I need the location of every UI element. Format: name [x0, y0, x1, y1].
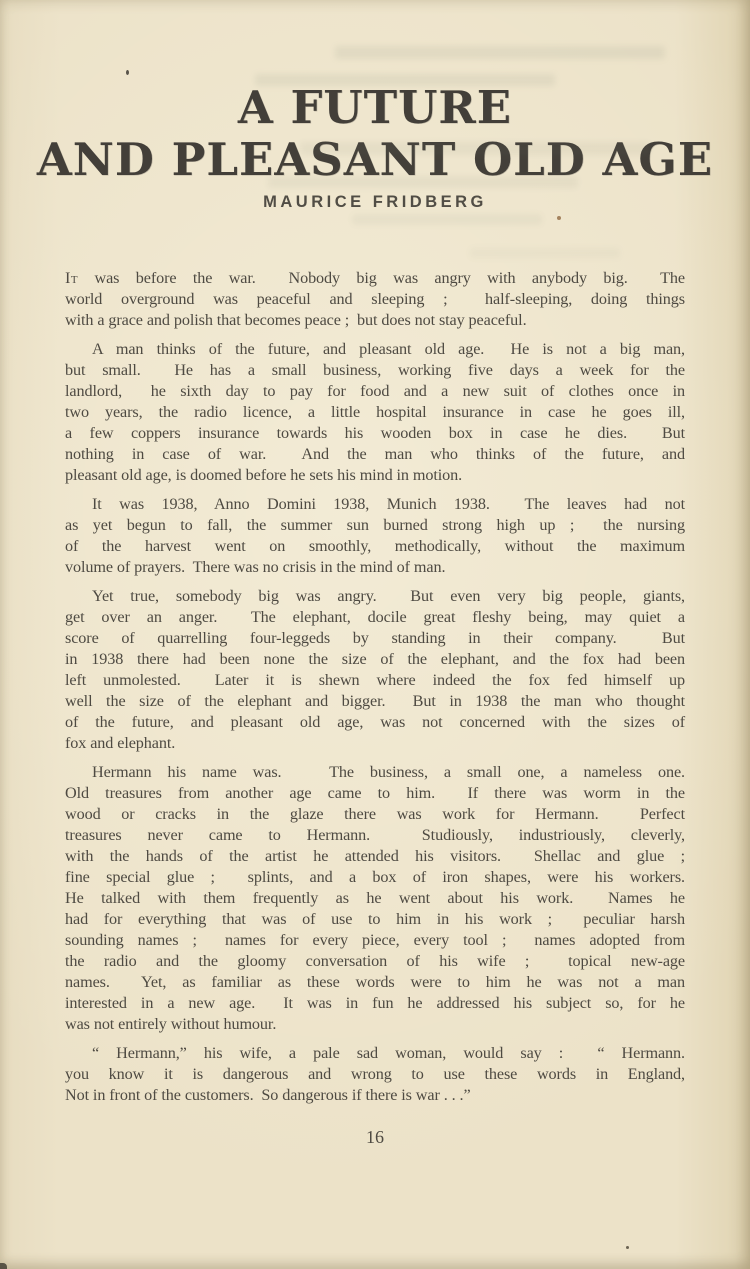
show-through-mark — [470, 248, 620, 258]
text-line: world overground was peaceful and sleepi… — [65, 289, 685, 310]
text-line: volume of prayers. There was no crisis i… — [65, 557, 685, 578]
page-title-line-1: A FUTURE — [0, 82, 750, 134]
text-line: It was before the war. Nobody big was an… — [65, 268, 685, 289]
text-line: as yet begun to fall, the summer sun bur… — [65, 515, 685, 536]
text-line: get over an anger. The elephant, docile … — [65, 607, 685, 628]
text-line: had for everything that was of use to hi… — [65, 909, 685, 930]
text-line: Not in front of the customers. So danger… — [65, 1085, 685, 1106]
book-page: A FUTURE AND PLEASANT OLD AGE MAURICE FR… — [0, 0, 750, 1269]
text-line: Old treasures from another age came to h… — [65, 783, 685, 804]
text-line: landlord, he sixth day to pay for food a… — [65, 381, 685, 402]
paragraph: It was 1938, Anno Domini 1938, Munich 19… — [65, 494, 685, 578]
text-line: Hermann his name was. The business, a sm… — [65, 762, 685, 783]
text-line: score of quarrelling four-leggeds by sta… — [65, 628, 685, 649]
text-line: of the harvest went on smoothly, methodi… — [65, 536, 685, 557]
text-line: the radio and the gloomy conversation of… — [65, 951, 685, 972]
text-line: with the hands of the artist he attended… — [65, 846, 685, 867]
text-line: in 1938 there had been none the size of … — [65, 649, 685, 670]
text-line: nothing in case of war. And the man who … — [65, 444, 685, 465]
paragraph: Yet true, somebody big was angry. But ev… — [65, 586, 685, 754]
text-line: names. Yet, as familiar as these words w… — [65, 972, 685, 993]
text-line: you know it is dangerous and wrong to us… — [65, 1064, 685, 1085]
text-line: He talked with them frequently as he wen… — [65, 888, 685, 909]
text-line: interested in a new age. It was in fun h… — [65, 993, 685, 1014]
paper-speck — [626, 1246, 629, 1249]
text-line: Yet true, somebody big was angry. But ev… — [65, 586, 685, 607]
paragraph: Hermann his name was. The business, a sm… — [65, 762, 685, 1035]
text-line: sounding names ; names for every piece, … — [65, 930, 685, 951]
text-line: well the size of the elephant and bigger… — [65, 691, 685, 712]
text-line: fox and elephant. — [65, 733, 685, 754]
author-name: MAURICE FRIDBERG — [0, 193, 750, 212]
text-line: treasures never came to Hermann. Studiou… — [65, 825, 685, 846]
text-line: wood or cracks in the glaze there was wo… — [65, 804, 685, 825]
text-line: of the future, and pleasant old age, was… — [65, 712, 685, 733]
scan-corner-mark — [0, 1263, 7, 1269]
text-line: with a grace and polish that becomes pea… — [65, 310, 685, 331]
text-line: A man thinks of the future, and pleasant… — [65, 339, 685, 360]
page-number: 16 — [0, 1127, 750, 1148]
text-line: a few coppers insurance towards his wood… — [65, 423, 685, 444]
paragraph: It was before the war. Nobody big was an… — [65, 268, 685, 331]
paper-speck — [557, 216, 561, 220]
text-line: left unmolested. Later it is shewn where… — [65, 670, 685, 691]
text-line: was not entirely without humour. — [65, 1014, 685, 1035]
text-line: fine special glue ; splints, and a box o… — [65, 867, 685, 888]
text-line: two years, the radio licence, a little h… — [65, 402, 685, 423]
paragraph: “ Hermann,” his wife, a pale sad woman, … — [65, 1043, 685, 1106]
text-line: It was 1938, Anno Domini 1938, Munich 19… — [65, 494, 685, 515]
text-line: but small. He has a small business, work… — [65, 360, 685, 381]
page-title-line-2: AND PLEASANT OLD AGE — [0, 134, 750, 186]
text-line: pleasant old age, is doomed before he se… — [65, 465, 685, 486]
paragraph: A man thinks of the future, and pleasant… — [65, 339, 685, 486]
show-through-mark — [352, 214, 542, 225]
body-text: It was before the war. Nobody big was an… — [65, 268, 685, 1106]
lead-word: It — [65, 269, 78, 287]
text-line: “ Hermann,” his wife, a pale sad woman, … — [65, 1043, 685, 1064]
title-block: A FUTURE AND PLEASANT OLD AGE MAURICE FR… — [0, 0, 750, 212]
